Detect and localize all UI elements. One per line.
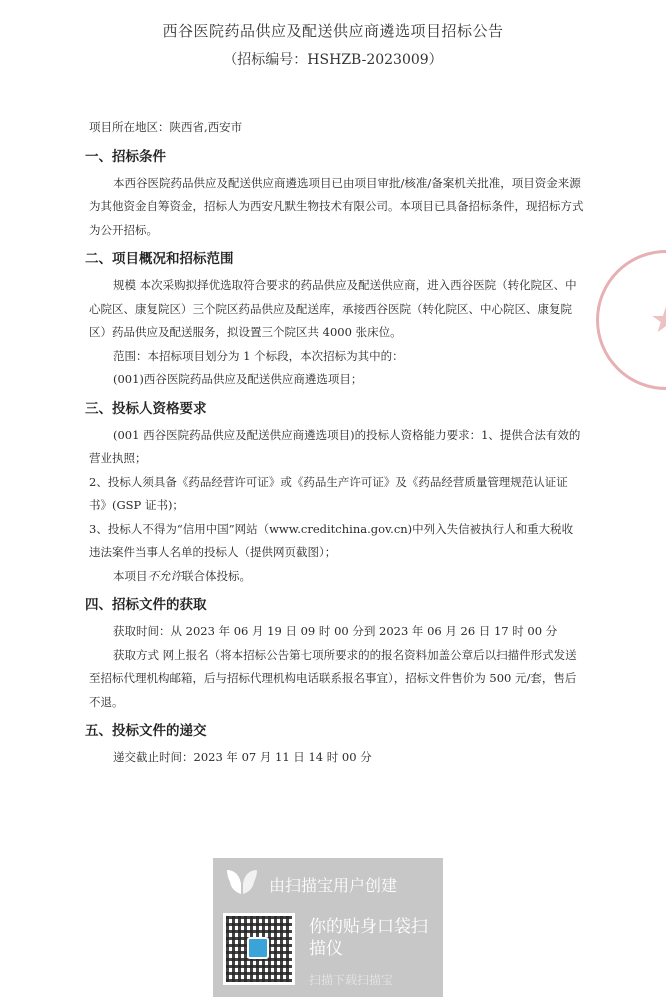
section-3-req-2: 2、投标人须具备《药品经营许可证》或《药品生产许可证》及《药品经营质量管理规范认… — [89, 471, 584, 518]
section-heading-3: 三、投标人资格要求 — [85, 396, 584, 422]
section-heading-1: 一、招标条件 — [85, 144, 584, 170]
section-2-lot: (001)西谷医院药品供应及配送供应商遴选项目； — [89, 368, 584, 392]
section-3-req-1: (001 西谷医院药品供应及配送供应商遴选项目)的投标人资格能力要求：1、提供合… — [89, 424, 584, 471]
section-5-deadline: 递交截止时间：2023 年 07 月 11 日 14 时 00 分 — [89, 746, 584, 770]
section-2-scale: 规模 本次采购拟择优选取符合要求的药品供应及配送供应商，进入西谷医院（转化院区、… — [89, 274, 584, 345]
consortium-status: 不允许 — [148, 569, 183, 583]
section-2-scope: 范围：本招标项目划分为 1 个标段，本次招标为其中的： — [89, 345, 584, 369]
document-body: 项目所在地区：陕西省,西安市 一、招标条件 本西谷医院药品供应及配送供应商遴选项… — [89, 116, 584, 770]
seal-star-icon: ★ — [650, 300, 666, 341]
tender-number: （招标编号：HSHZB-2023009） — [0, 49, 666, 69]
section-heading-5: 五、投标文件的递交 — [85, 718, 584, 744]
app-logo-icon — [247, 937, 269, 959]
section-4-method: 获取方式 网上报名（将本招标公告第七项所要求的的报名资料加盖公章后以扫描件形式发… — [89, 644, 584, 715]
section-heading-2: 二、项目概况和招标范围 — [85, 246, 584, 272]
section-3-req-3: 3、投标人不得为“信用中国”网站（www.creditchina.gov.cn)… — [89, 518, 584, 565]
watermark-title: 由扫描宝用户创建 — [269, 873, 397, 896]
consortium-lead: 本项目 — [113, 569, 148, 583]
consortium-tail: 联合体投标。 — [182, 569, 251, 583]
scanner-watermark: 由扫描宝用户创建 你的贴身口袋扫描仪 扫描下载扫描宝 — [213, 858, 443, 997]
section-4-time: 获取时间：从 2023 年 06 月 19 日 09 时 00 分到 2023 … — [89, 620, 584, 644]
qr-code — [223, 913, 295, 985]
section-heading-4: 四、招标文件的获取 — [85, 592, 584, 618]
section-3-consortium: 本项目不允许联合体投标。 — [89, 565, 584, 589]
watermark-download-text: 扫描下载扫描宝 — [309, 971, 393, 988]
watermark-slogan: 你的贴身口袋扫描仪 — [309, 916, 439, 960]
watermark-header: 由扫描宝用户创建 — [225, 868, 397, 900]
project-region: 项目所在地区：陕西省,西安市 — [89, 116, 584, 140]
section-1-paragraph: 本西谷医院药品供应及配送供应商遴选项目已由项目审批/核准/备案机关批准，项目资金… — [89, 172, 584, 243]
butterfly-icon — [225, 868, 259, 900]
document-title: 西谷医院药品供应及配送供应商遴选项目招标公告 — [0, 20, 666, 41]
